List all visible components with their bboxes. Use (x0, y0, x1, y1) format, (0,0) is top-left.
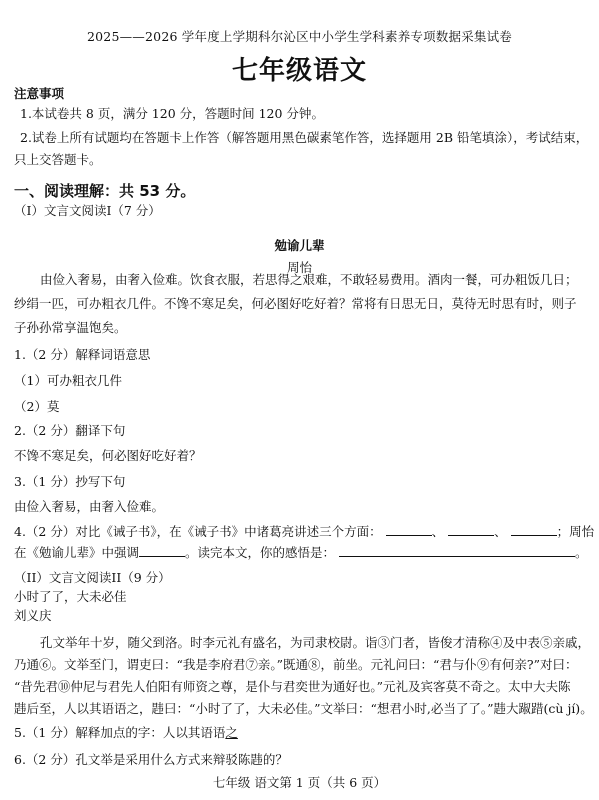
question-1-sub-1: （1）可办粗衣几件 (14, 371, 122, 389)
passage1-line-3: 子孙孙常享温饱矣。 (14, 318, 127, 336)
passage2-line-2: 乃通⑥。文举至门，谓吏曰：“我是李府君⑦亲。”既通⑧，前坐。元礼问曰：“君与仆⑨… (14, 655, 578, 673)
question-4-stem: 4.（2 分）对比《诫子书》，在《诫子书》中诸葛亮讲述三个方面： (14, 524, 382, 539)
section-heading: 一、阅读理解：共 53 分。 (14, 180, 195, 201)
passage2-line-3: “昔先君⑩仲尼与君先人伯阳有师资之尊，是仆与君奕世为通好也。”元礼及宾客莫不奇之… (14, 677, 571, 695)
question-1-sub-2: （2）莫 (14, 397, 59, 415)
question-2-sentence: 不馋不寒足矣，何必图好吃好着？ (14, 446, 202, 464)
passage1-line-2: 纱绢一匹，可办粗衣几件。不馋不寒足矣，何必图好吃好着？常将有日思无日，莫待无时思… (14, 294, 577, 312)
question-1-stem: 1.（2 分）解释词语意思 (14, 345, 150, 363)
passage2-author: 刘义庆 (14, 606, 52, 624)
part2-label: （II）文言文阅读II（9 分） (14, 568, 171, 586)
passage1-line-1: 由俭入奢易，由奢入俭难。饮食衣服，若思得之艰难，不敢轻易费用。酒肉一餐，可办粗饭… (40, 270, 578, 288)
answer-blank-4[interactable] (139, 544, 185, 557)
question-4-stem-cont: ；周怡 (557, 524, 595, 539)
question-2-stem: 2.（2 分）翻译下句 (14, 421, 125, 439)
question-3-sentence: 由俭入奢易，由奢入俭难。 (14, 497, 164, 515)
question-4-stem-part4: 。读完本文，你的感悟是： (185, 545, 335, 560)
answer-blank-3[interactable] (511, 523, 557, 536)
part1-label: （I）文言文阅读I（7 分） (14, 201, 161, 219)
passage1-title: 勉谕儿辈 (0, 236, 599, 254)
question-4-line-2: 在《勉谕儿辈》中强调。读完本文，你的感悟是： 。 (14, 543, 588, 561)
passage2-title: 小时了了，大未必佳 (14, 587, 127, 605)
page-footer: 七年级 语文第 1 页（共 6 页） (0, 773, 599, 791)
notice-item-2-cont: 只上交答题卡。 (14, 150, 102, 168)
notice-item-2: 2.试卷上所有试题均在答题卡上作答（解答题用黑色碳素笔作答，选择题用 2B 铅笔… (20, 128, 588, 146)
question-3-stem: 3.（1 分）抄写下句 (14, 472, 125, 490)
question-4-end: 。 (575, 545, 588, 560)
subject-title: 七年级语文 (0, 50, 599, 87)
question-6: 6.（2 分）孔文举是采用什么方式来辩驳陈韪的？ (14, 750, 288, 768)
answer-blank-reflection[interactable] (339, 544, 575, 557)
answer-blank-1[interactable] (386, 523, 432, 536)
notice-heading: 注意事项 (14, 84, 64, 102)
exam-header: 2025——2026 学年度上学期科尔沁区中小学生学科素养专项数据采集试卷 (0, 27, 599, 45)
notice-item-1: 1.本试卷共 8 页，满分 120 分，答题时间 120 分钟。 (20, 104, 324, 122)
answer-blank-2[interactable] (448, 523, 494, 536)
question-5: 5.（1 分）解释加点的字：人以其语语之 (14, 723, 238, 741)
passage2-line-4: 韪后至，人以其语语之，韪曰：“小时了了，大未必佳。”文举曰：“想君小时,必当了了… (14, 699, 593, 717)
question-4-stem-part3: 在《勉谕儿辈》中强调 (14, 545, 139, 560)
question-5-stem: 5.（1 分）解释加点的字：人以其语语 (14, 725, 225, 740)
question-4-line-1: 4.（2 分）对比《诫子书》，在《诫子书》中诸葛亮讲述三个方面： 、 、 ；周怡 (14, 522, 594, 540)
passage2-line-1: 孔文举年十岁，随父到洛。时李元礼有盛名，为司隶校尉。诣③门者，皆俊才清称④及中表… (40, 633, 590, 651)
separator: 、 (494, 524, 507, 539)
separator: 、 (432, 524, 445, 539)
marked-char: 之 (225, 725, 238, 740)
